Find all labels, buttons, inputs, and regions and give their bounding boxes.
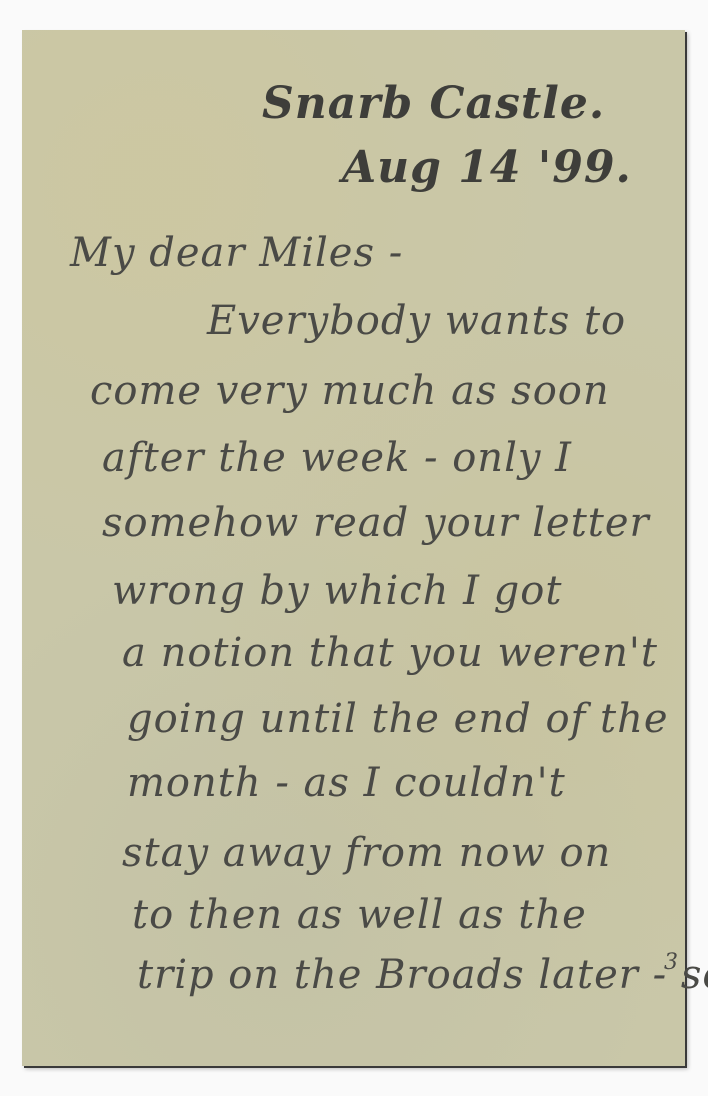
- letter-line: to then as well as the: [132, 892, 587, 938]
- letter-date: Aug 14 '99.: [342, 142, 632, 193]
- letter-line: stay away from now on: [122, 830, 611, 876]
- letter-line: come very much as soon: [90, 368, 610, 414]
- letter-line: wrong by which I got: [112, 568, 562, 614]
- letter-line: Everybody wants to: [207, 298, 626, 344]
- letter-line: going until the end of the: [127, 696, 669, 742]
- letter-salutation: My dear Miles -: [70, 230, 403, 276]
- letter-line: after the week - only I: [102, 435, 572, 481]
- letter-line: a notion that you weren't: [122, 630, 658, 676]
- page-number: 3: [664, 950, 679, 975]
- letter-place: Snarb Castle.: [262, 78, 605, 129]
- letter-line: somehow read your letter: [102, 500, 650, 546]
- letter-line: trip on the Broads later - see: [137, 952, 708, 998]
- letter-line: month - as I couldn't: [127, 760, 566, 806]
- letter-card: Snarb Castle. Aug 14 '99. My dear Miles …: [22, 30, 685, 1066]
